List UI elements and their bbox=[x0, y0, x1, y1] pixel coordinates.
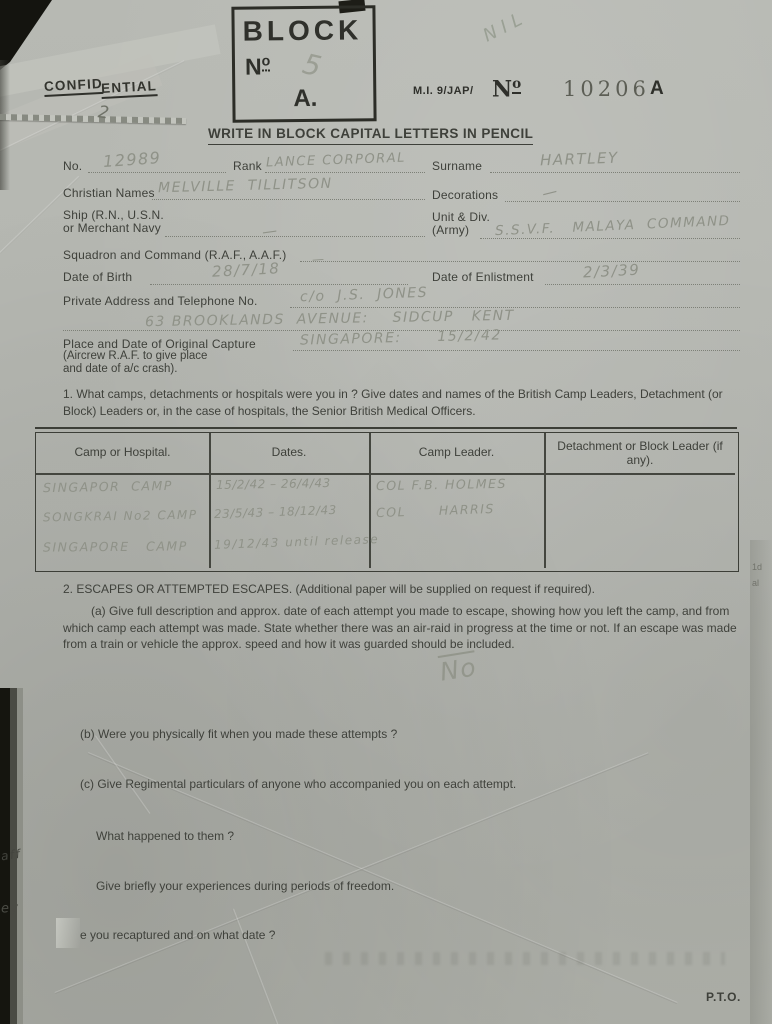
table-header-camp: Camp or Hospital. bbox=[36, 445, 209, 459]
question-2f-text: e you recaptured and on what date ? bbox=[80, 927, 580, 944]
answer-2a-no: No bbox=[438, 652, 479, 686]
field-address-value-1: c/o J.S. JONES bbox=[300, 285, 429, 305]
field-ship-label-1: Ship (R.N., U.S.N. bbox=[63, 208, 164, 222]
reference-series-letter: A bbox=[650, 78, 664, 100]
table-row1-camp: SINGAPOR CAMP bbox=[43, 478, 173, 495]
field-squadron-value: — bbox=[312, 252, 326, 267]
field-enlist-value: 2/3/39 bbox=[583, 261, 641, 282]
table-row3-camp: SINGAPORE CAMP bbox=[43, 538, 188, 554]
block-number-pencil: 5 bbox=[299, 47, 325, 84]
field-address-value-2: 63 BROOKLANDS AVENUE: SIDCUP KENT bbox=[145, 308, 515, 330]
question-2c-text: (c) Give Regimental particulars of anyon… bbox=[80, 776, 720, 793]
question-1-text: 1. What camps, detachments or hospitals … bbox=[63, 386, 741, 419]
field-enlist-label: Date of Enlistment bbox=[432, 270, 534, 284]
right-margin-fragment-2: al bbox=[752, 578, 759, 588]
paper-edge-right bbox=[750, 540, 772, 1024]
right-margin-fragment-1: 1d bbox=[752, 562, 762, 572]
field-decorations-label: Decorations bbox=[432, 188, 498, 202]
field-capture-label: Place and Date of Original Capture bbox=[63, 337, 256, 351]
field-rank-value: LANCE CORPORAL bbox=[266, 151, 406, 171]
question-2d-text: What happened to them ? bbox=[96, 828, 596, 845]
left-margin-fragment-1: aff bbox=[0, 847, 22, 864]
table-header-rule bbox=[36, 473, 735, 475]
field-surname-value: HARTLEY bbox=[540, 149, 619, 170]
field-capture-note-2: and date of a/c crash). bbox=[63, 363, 177, 375]
table-header-detachment: Detachment or Block Leader (if any). bbox=[554, 439, 726, 467]
field-unit-label-2: (Army) bbox=[432, 223, 469, 237]
field-capture-line bbox=[293, 350, 740, 351]
field-rank-label: Rank bbox=[233, 159, 262, 173]
block-stamp-no: No bbox=[245, 53, 271, 80]
field-surname-line bbox=[490, 172, 740, 173]
field-dob-value: 28/7/18 bbox=[212, 259, 281, 281]
scanned-form-page: aff ey 1d al CONFIDENTIAL 2 BLOCK No 5 A… bbox=[0, 0, 772, 1024]
table-row1-leader: COL F.B. HOLMES bbox=[376, 476, 507, 493]
field-no-line bbox=[88, 172, 226, 173]
question-2-heading: 2. ESCAPES OR ATTEMPTED ESCAPES. (Additi… bbox=[63, 581, 743, 598]
table-header-dates: Dates. bbox=[209, 445, 369, 459]
field-rank-line bbox=[265, 172, 425, 173]
question-2b-text: (b) Were you physically fit when you mad… bbox=[80, 726, 720, 743]
field-surname-label: Surname bbox=[432, 159, 482, 173]
confidential-part1: CONFID bbox=[44, 76, 104, 97]
field-unit-value: S.S.V.F. MALAYA COMMAND bbox=[495, 213, 731, 239]
left-margin-fragment-2: ey bbox=[0, 900, 20, 916]
field-ship-value: — bbox=[261, 221, 280, 241]
table-divider-3 bbox=[544, 433, 546, 568]
question-2e-text: Give briefly your experiences during per… bbox=[96, 878, 696, 895]
pencil-smudge bbox=[325, 952, 725, 965]
field-address-label: Private Address and Telephone No. bbox=[63, 294, 258, 308]
fold-highlight-2f bbox=[56, 918, 80, 948]
field-ship-label-2: or Merchant Navy bbox=[63, 221, 161, 235]
block-stamp-word: BLOCK bbox=[242, 14, 362, 47]
field-christian-line bbox=[152, 199, 425, 200]
nil-pencil-note: NIL bbox=[480, 7, 531, 47]
crease-line-c bbox=[232, 909, 279, 1024]
field-enlist-line bbox=[545, 284, 740, 285]
field-dob-line bbox=[150, 284, 408, 285]
field-christian-value: MELVILLE TILLITSON bbox=[158, 176, 333, 197]
reference-no-label: No bbox=[492, 76, 521, 102]
camps-table-outer-rule bbox=[35, 427, 737, 429]
form-title: WRITE IN BLOCK CAPITAL LETTERS IN PENCIL bbox=[208, 126, 533, 145]
reference-number-stamp: 10206 bbox=[563, 77, 650, 101]
table-row2-leader: COL HARRIS bbox=[376, 501, 495, 520]
pto-label: P.T.O. bbox=[706, 990, 741, 1004]
field-unit-label-1: Unit & Div. bbox=[432, 210, 490, 224]
block-stamp-letter: A. bbox=[293, 85, 317, 113]
camps-table: Camp or Hospital. Dates. Camp Leader. De… bbox=[35, 432, 739, 572]
field-unit-line bbox=[480, 238, 740, 239]
question-2a-text: (a) Give full description and approx. da… bbox=[63, 603, 749, 653]
block-stamp-box: BLOCK No 5 A. bbox=[231, 5, 376, 123]
confidential-part2: ENTIAL bbox=[101, 78, 158, 99]
table-row2-dates: 23/5/43 – 18/12/43 bbox=[214, 503, 337, 521]
field-decorations-line bbox=[505, 201, 740, 202]
field-decorations-value: — bbox=[540, 181, 560, 202]
paper-edge-left-dark-top bbox=[0, 60, 10, 190]
table-row2-camp: SONGKRAI No2 CAMP bbox=[43, 508, 198, 525]
field-capture-note-1: (Aircrew R.A.F. to give place bbox=[63, 350, 207, 362]
field-no-label: No. bbox=[63, 159, 82, 173]
reference-prefix: M.I. 9/JAP/ bbox=[413, 85, 474, 97]
field-no-value: 12989 bbox=[102, 148, 162, 171]
crease-line-d bbox=[94, 735, 150, 814]
table-row3-dates: 19/12/43 until release bbox=[214, 532, 380, 552]
field-address-line-1 bbox=[290, 307, 740, 308]
field-ship-line bbox=[165, 236, 425, 237]
table-row1-dates: 15/2/42 – 26/4/43 bbox=[216, 476, 331, 492]
table-header-leader: Camp Leader. bbox=[369, 445, 544, 459]
field-dob-label: Date of Birth bbox=[63, 270, 132, 284]
field-christian-label: Christian Names bbox=[63, 186, 155, 200]
field-squadron-line bbox=[300, 261, 740, 262]
